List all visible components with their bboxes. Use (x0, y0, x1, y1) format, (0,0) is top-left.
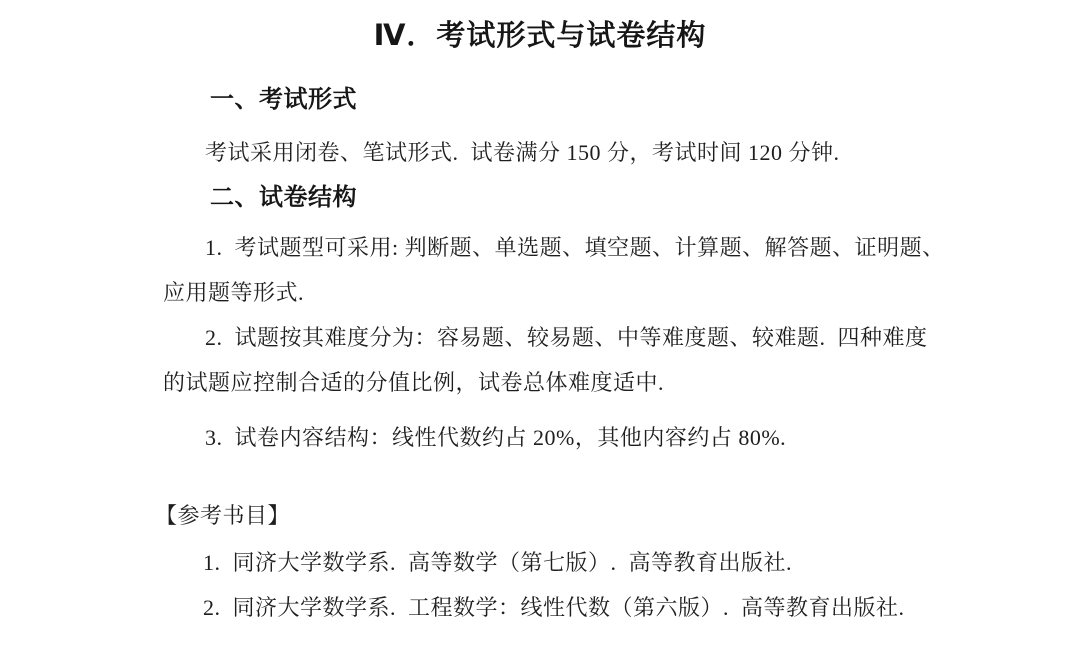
references-heading: 【参考书目】 (155, 503, 290, 529)
section-2-item-3: 3. 试卷内容结构：线性代数约占 20%，其他内容约占 80%. (205, 425, 786, 451)
reference-item-1: 1. 同济大学数学系. 高等数学（第七版）. 高等教育出版社. (203, 550, 792, 576)
section-2-item-1-line-2: 应用题等形式. (163, 280, 304, 306)
section-2-item-2-line-2: 的试题应控制合适的分值比例，试卷总体难度适中. (163, 370, 664, 396)
section-2-item-1-line-1: 1. 考试题型可采用: 判断题、单选题、填空题、计算题、解答题、证明题、 (205, 235, 945, 261)
reference-item-2: 2. 同济大学数学系. 工程数学：线性代数（第六版）. 高等教育出版社. (203, 595, 905, 621)
section-2-item-2-line-1: 2. 试题按其难度分为：容易题、较易题、中等难度题、较难题. 四种难度 (205, 325, 928, 351)
section-1-body: 考试采用闭卷、笔试形式. 试卷满分 150 分，考试时间 120 分钟. (205, 140, 840, 166)
section-2-heading: 二、试卷结构 (210, 185, 357, 211)
document-page: Ⅳ．考试形式与试卷结构 一、考试形式 考试采用闭卷、笔试形式. 试卷满分 150… (0, 0, 1080, 647)
section-1-heading: 一、考试形式 (210, 87, 357, 113)
page-title: Ⅳ．考试形式与试卷结构 (0, 13, 1080, 54)
